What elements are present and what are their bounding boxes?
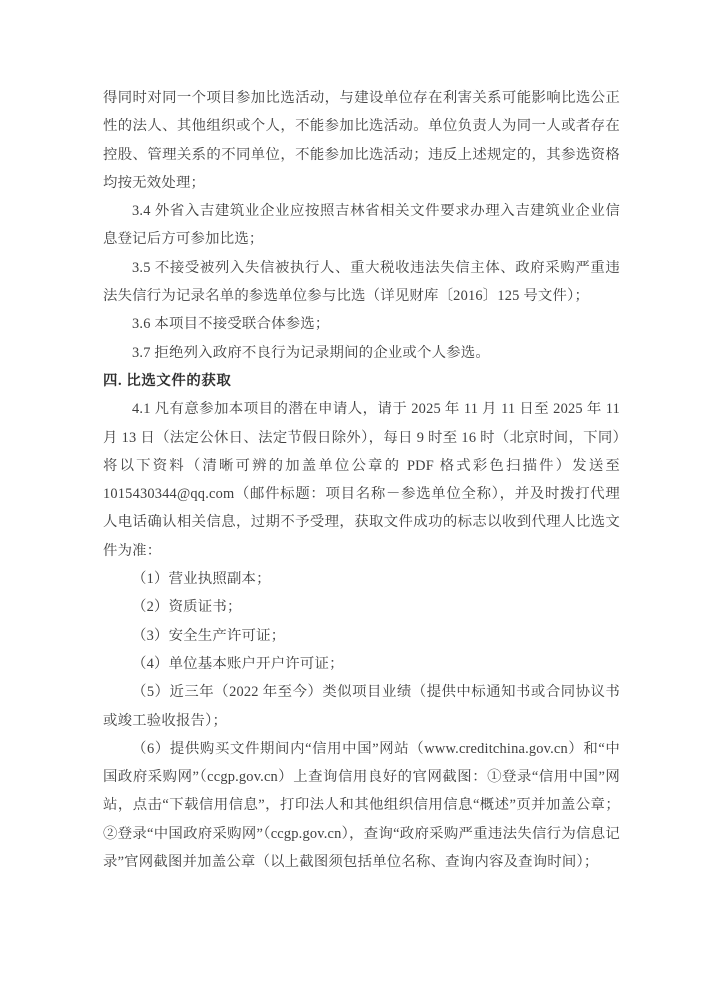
paragraph: 3.7 拒绝列入政府不良行为记录期间的企业或个人参选。	[103, 339, 620, 367]
paragraph: （4）单位基本账户开户许可证；	[103, 650, 620, 678]
paragraph: 4.1 凡有意参加本项目的潜在申请人，请于 2025 年 11 月 11 日至 …	[103, 395, 620, 565]
paragraph: （2）资质证书；	[103, 593, 620, 621]
paragraph: （1）营业执照副本；	[103, 565, 620, 593]
paragraph: （3）安全生产许可证；	[103, 622, 620, 650]
paragraph: 得同时对同一个项目参加比选活动，与建设单位存在利害关系可能影响比选公正性的法人、…	[103, 84, 620, 197]
paragraph: 3.6 本项目不接受联合体参选；	[103, 310, 620, 338]
section-heading: 四. 比选文件的获取	[103, 367, 620, 395]
document-page: 得同时对同一个项目参加比选活动，与建设单位存在利害关系可能影响比选公正性的法人、…	[0, 0, 707, 1000]
paragraph: （6）提供购买文件期间内“信用中国”网站（www.creditchina.gov…	[103, 735, 620, 876]
paragraph: （5）近三年（2022 年至今）类似项目业绩（提供中标通知书或合同协议书或竣工验…	[103, 678, 620, 735]
paragraph: 3.5 不接受被列入失信被执行人、重大税收违法失信主体、政府采购严重违法失信行为…	[103, 254, 620, 311]
document-text-block: 得同时对同一个项目参加比选活动，与建设单位存在利害关系可能影响比选公正性的法人、…	[103, 84, 620, 876]
paragraph: 3.4 外省入吉建筑业企业应按照吉林省相关文件要求办理入吉建筑业企业信息登记后方…	[103, 197, 620, 254]
